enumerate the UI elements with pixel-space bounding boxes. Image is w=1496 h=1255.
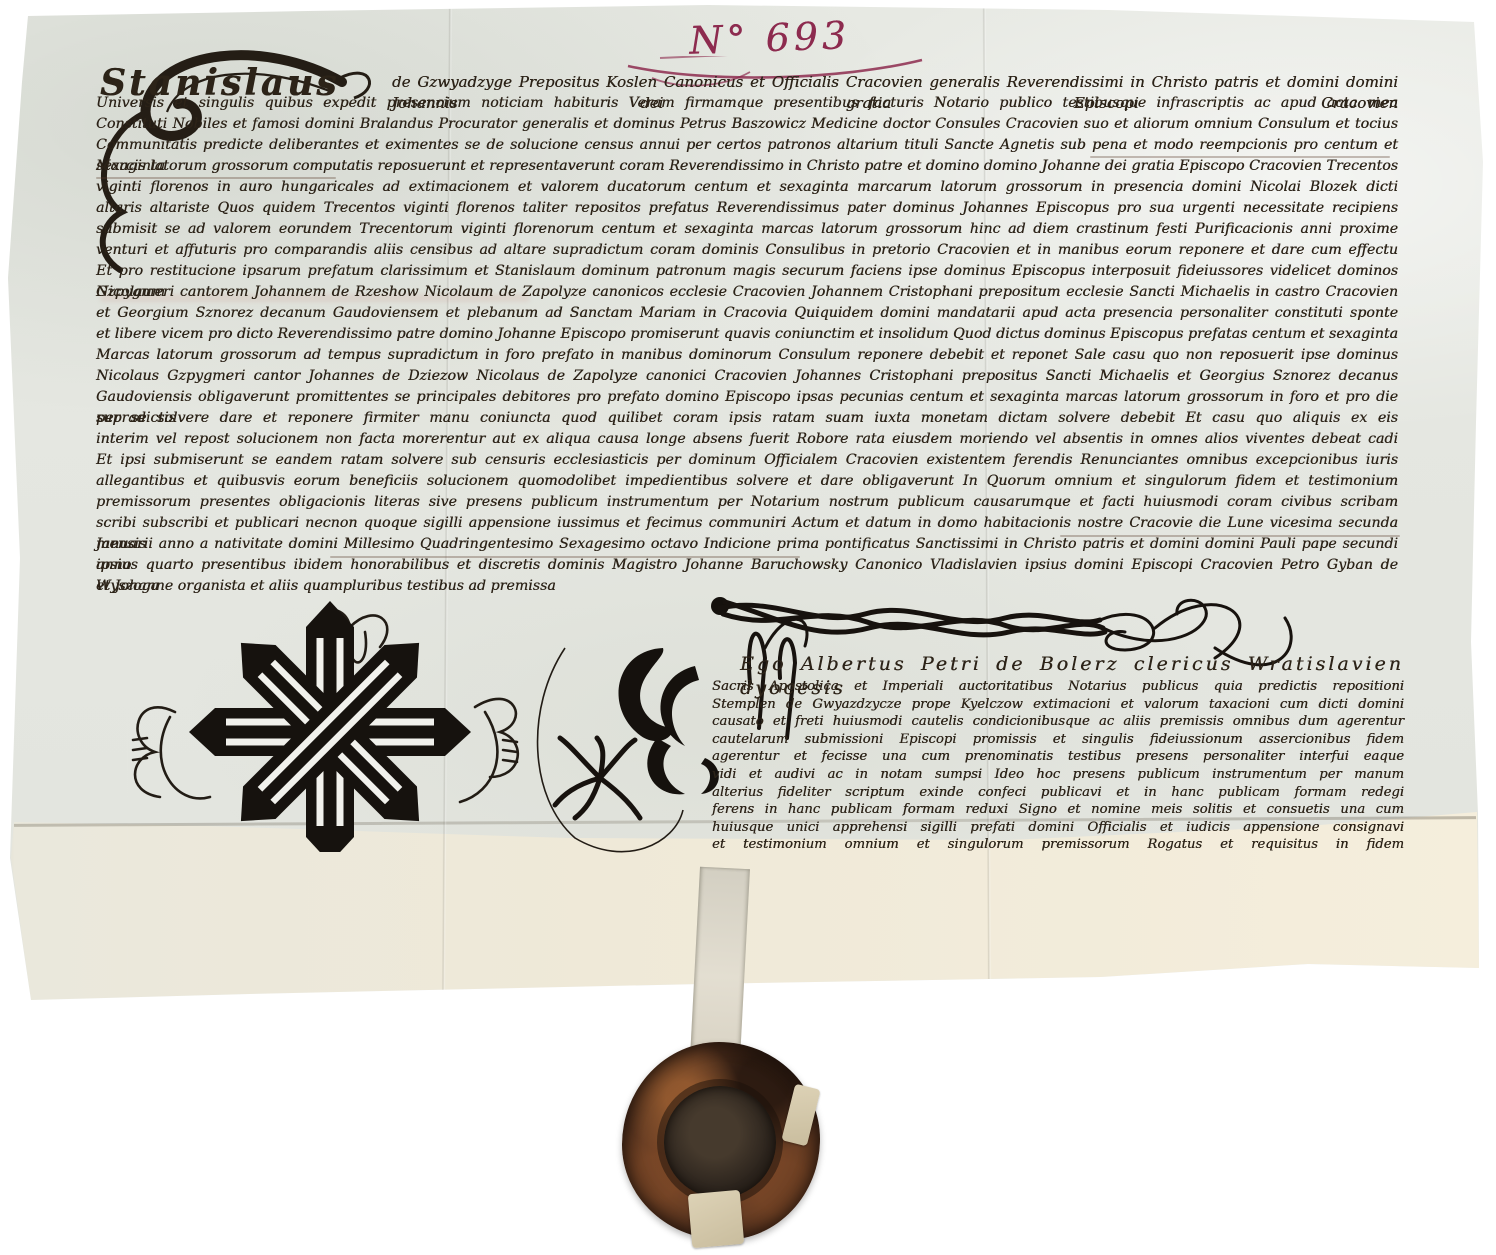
manuscript-text-line: interim vel repost solucionem non facta … [96,429,1398,450]
manuscript-text-line: Constituti Nobiles et famosi domini Bral… [96,114,1398,135]
manuscript-text-line: Gaudoviensis obligaverunt promittentes s… [96,387,1398,408]
manuscript-text-line: venturi et affuturis pro comparandis ali… [96,240,1398,261]
manuscript-text-line: Stemplen de Gwyazdzycze prope Kyelczow e… [712,696,1404,714]
main-text-block: de Gzwyadzyge Prepositus Koslen Canonicu… [96,72,1398,597]
manuscript-text-line: cautelarum submissioni Episcopi promissi… [712,731,1404,749]
manuscript-text-line: Et pro restitucione ipsarum prefatum cla… [96,261,1398,282]
manuscript-text-line: Ego Albertus Petri de Bolerz clericus Wr… [712,652,1404,678]
manuscript-text-line: alterius fideliter scriptum exinde confe… [712,784,1404,802]
manuscript-text-line: allegantibus et quibusvis eorum benefici… [96,471,1398,492]
underline-mark [96,177,336,179]
manuscript-text-line: premissorum presentes obligacionis liter… [96,492,1398,513]
seal-strip-bottom [688,1190,745,1248]
manuscript-text-line: et Georgium Sznorez decanum Gaudoviensem… [96,303,1398,324]
manuscript-text-line: vidi et audivi ac in notam sumpsi Ideo h… [712,766,1404,784]
manuscript-text-line: Et ipsi submiserunt se eandem ratam solv… [96,450,1398,471]
manuscript-text-line: ferens in hanc publicam formam reduxi Si… [712,801,1404,819]
notary-attestation-block: Ego Albertus Petri de Bolerz clericus Wr… [712,652,1404,854]
manuscript-text-line: de Gzwyadzyge Prepositus Koslen Canonicu… [96,72,1398,93]
seal-tag [690,867,750,1067]
manuscript-text-line: Communitatis predicte deliberantes et ex… [96,135,1398,156]
manuscript-text-line: Nicolaus Gzpygmeri cantor Johannes de Dz… [96,366,1398,387]
manuscript-text-line: per se solvere dare et reponere firmiter… [96,408,1398,429]
manuscript-text-line: Universis et singulis quibus expedit pre… [96,93,1398,114]
underline-mark [1090,156,1390,158]
manuscript-text-line: altaris altariste Quos quidem Trecentos … [96,198,1398,219]
manuscript-text-line: submisit se ad valorem eorundem Trecento… [96,219,1398,240]
manuscript-text-line: Marcas latorum grossorum ad tempus supra… [96,345,1398,366]
manuscript-text-line: Januarii anno a nativitate domini Milles… [96,534,1398,555]
underline-mark [1060,535,1400,537]
seal-center-impression [664,1086,776,1198]
manuscript-scan: N° 693 Stanislaus de Gzwyadzyge Preposit… [0,0,1496,1255]
manuscript-text-line: huiusque unici apprehensi sigilli prefat… [712,819,1404,837]
manuscript-text-line: et libere vicem pro dicto Reverendissimo… [96,324,1398,345]
manuscript-text-line: viginti florenos in auro hungaricales ad… [96,177,1398,198]
manuscript-text-line: et testimonium omnium et singulorum prem… [712,836,1404,854]
manuscript-text-line: agerentur et fecisse una cum prenominati… [712,748,1404,766]
underline-mark [330,556,800,558]
manuscript-text-line: et Johanne organista et aliis quamplurib… [96,576,643,597]
manuscript-text-line: scribi subscribi et publicari necnon quo… [96,513,1398,534]
notarial-sign-cross-icon [115,592,535,852]
manuscript-text-line: Marcis latorum grossorum computatis repo… [96,156,1398,177]
manuscript-text-line: Gzpygmeri cantorem Johannem de Rzeshow N… [96,282,1398,303]
manuscript-text-line: causato et freti huiusmodi cautelis cond… [712,713,1404,731]
manuscript-text-line: Sacris Apostolica et Imperiali auctorita… [712,678,1404,696]
manuscript-text-line: ipsius quarto presentibus ibidem honorab… [96,555,1398,576]
